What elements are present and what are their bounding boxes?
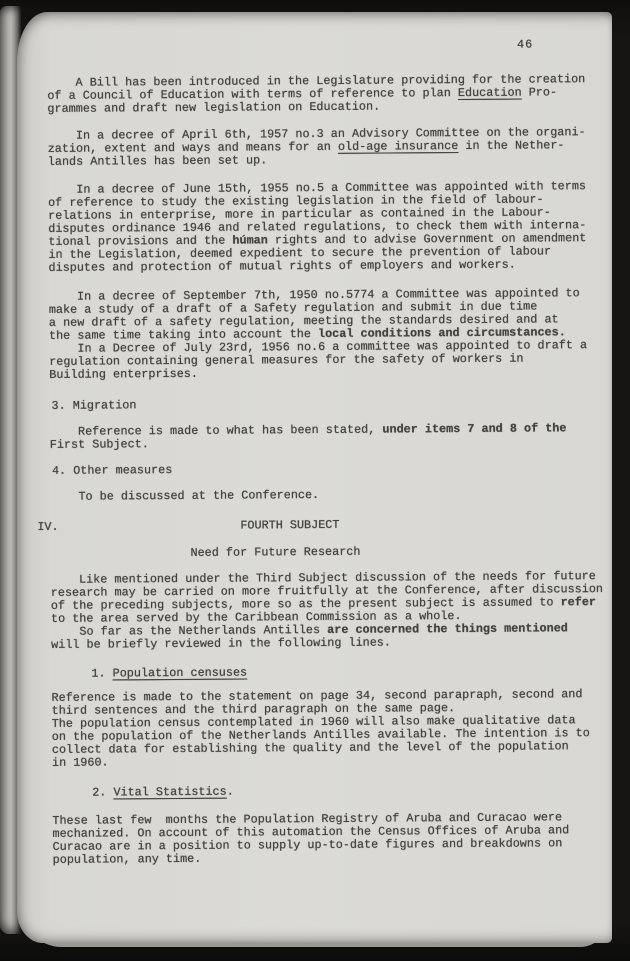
heading-migration: 3. Migration: [51, 399, 136, 413]
paragraph-vital-statistics: These last few months the Population Reg…: [52, 811, 569, 867]
heading-need-for-future-research: Need for Future Research: [190, 546, 360, 560]
paragraph-other-measures: To be discussed at the Conference.: [50, 489, 319, 504]
typewritten-text-layer: 46 A Bill has been introduced in the Leg…: [0, 0, 630, 961]
paragraph-decree-april-1957: In a decree of April 6th, 1957 no.3 an A…: [48, 126, 586, 169]
heading-population-censuses: 1. Population censuses: [91, 666, 247, 680]
heading-vital-statistics: 2. Vital Statistics.: [92, 786, 234, 800]
paragraph-education-bill: A Bill has been introduced in the Legisl…: [47, 73, 585, 116]
section-numeral: IV.: [37, 521, 58, 534]
paragraph-future-research: Like mentioned under the Third Subject d…: [51, 570, 604, 652]
page-number: 46: [517, 38, 533, 51]
paragraph-decree-september-1950: In a decree of September 7th, 1950 no.57…: [49, 287, 588, 382]
paragraph-migration: Reference is made to what has been state…: [50, 422, 567, 452]
heading-fourth-subject: FOURTH SUBJECT: [240, 519, 339, 533]
scanned-book-photo: 46 A Bill has been introduced in the Leg…: [0, 0, 630, 961]
paragraph-population-censuses: Reference is made to the statement on pa…: [51, 688, 590, 770]
heading-other-measures: 4. Other measures: [52, 464, 172, 478]
paragraph-decree-june-1955: In a decree of June 15th, 1955 no.5 a Co…: [48, 180, 587, 275]
